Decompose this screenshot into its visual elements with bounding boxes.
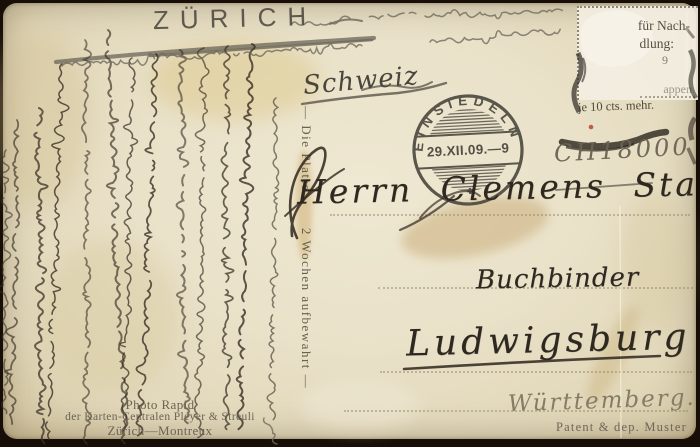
pencil-note-city: ZÜRICH: [153, 1, 318, 36]
divider-notice-part2: 2 Wochen aufbewahrt —: [299, 228, 314, 389]
postmark-date: 29.XII.09.—9: [426, 140, 509, 159]
scanned-postcard: für Nach- dlung: 9 appen je 10 cts. mehr…: [0, 0, 700, 447]
stamp-box-line-4: appen: [663, 82, 692, 97]
stamp-box-line-2: dlung:: [639, 36, 674, 52]
stamp-box-border-bottom: [640, 96, 695, 98]
address-rule-1: [330, 214, 690, 216]
stamp-box-line-1: für Nach-: [638, 18, 690, 34]
imprint-line-3: Zürich—Montreux: [40, 424, 280, 437]
patent-note: Patent & dep. Muster: [556, 420, 687, 435]
divider-notice: — Die Platte2 Wochen aufbewahrt —: [298, 106, 314, 389]
publisher-imprint: Photo Rapid der Karten-Centralen Pleyer …: [40, 398, 280, 437]
address-line-1: Herrn Clemens Stark: [297, 163, 700, 211]
stamp-box-line-5: je 10 cts. mehr.: [578, 98, 655, 116]
stamp-box-line-3: 9: [662, 53, 668, 68]
address-line-3: Ludwigsburg: [406, 317, 691, 365]
address-line-2: Buchbinder: [476, 263, 640, 296]
address-rule-3: [380, 371, 692, 373]
imprint-line-1: Photo Rapid: [40, 398, 280, 411]
